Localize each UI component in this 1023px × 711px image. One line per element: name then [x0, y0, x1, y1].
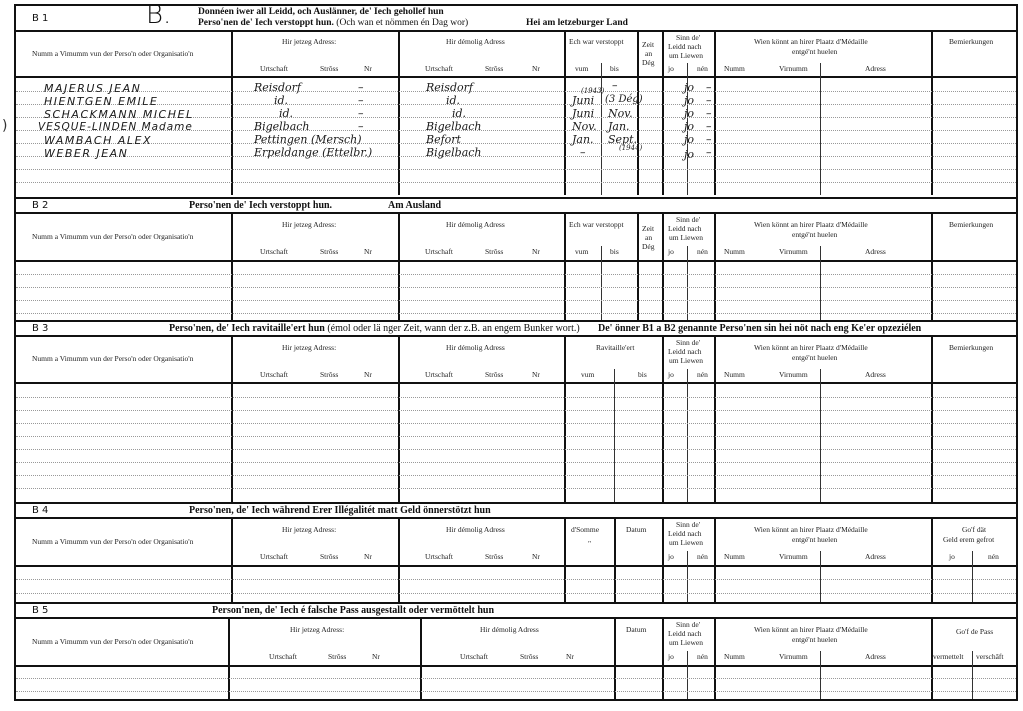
table-body [14, 567, 1018, 602]
header-stross: Strôss [320, 247, 338, 256]
header-jo: jo [668, 370, 674, 379]
entry-current-town: Reisdorf [254, 81, 301, 94]
header-vum: vum [575, 247, 588, 256]
header-jo: jo [668, 247, 674, 256]
header-current-address: Hir jetzeg Adress: [282, 37, 336, 46]
header-medal: entgé'nt huelen [792, 47, 837, 56]
header-alive: um Liewen [669, 51, 703, 60]
header-medal: Wien könnt an hirer Plaatz d'Médaille [754, 625, 868, 634]
entry-former-town: id. [446, 94, 460, 107]
entry-former-town: Befort [426, 133, 461, 146]
section-title: Perso'nen, de' Iech ravitaille'ert hun (… [169, 323, 580, 334]
header-medal: Wien könnt an hirer Plaatz d'Médaille [754, 37, 868, 46]
section-b5: B 5 Person'nen, de' Iech é falsche Pass … [14, 602, 1018, 701]
section-b1: B 1 B. Donnéen iwer all Leidd, och Auslä… [14, 4, 1018, 195]
header-numm: Numm [724, 552, 745, 561]
header-hidden: Ech war verstoppt [569, 37, 624, 46]
header-former-address: Hir démolig Adress [446, 37, 505, 46]
header-bis: bis [638, 370, 647, 379]
header-jo: jo [668, 552, 674, 561]
entry-jo: jo [684, 148, 694, 161]
entry-nen: – [706, 133, 712, 146]
entry-top-dash: – [612, 79, 618, 92]
header-jo: jo [949, 552, 955, 561]
header-nen: nén [697, 552, 708, 561]
entry-to: Nov. [608, 107, 633, 120]
entry-nen: – [706, 81, 712, 94]
header-numm: Numm [724, 370, 745, 379]
header-stross: Strôss [520, 652, 538, 661]
header-jo: jo [668, 64, 674, 73]
header-bis: bis [610, 247, 619, 256]
entry-current-town: Bigelbach [254, 120, 310, 133]
header-nr: Nr [364, 64, 372, 73]
header-urtschaft: Urtschaft [460, 652, 488, 661]
header-urtschaft: Urtschaft [260, 552, 288, 561]
section-id: B 2 [32, 200, 48, 211]
header-urtschaft: Urtschaft [269, 652, 297, 661]
table-header: Numm a Vimumm vun der Perso'n oder Organ… [14, 619, 1018, 667]
entry-former-town: id. [452, 107, 466, 120]
header-nr: Nr [364, 370, 372, 379]
entry-from: Jan. [572, 133, 594, 146]
section-title-line2: Perso'nen de' Iech verstoppt hun. (Och w… [198, 18, 468, 28]
header-urtschaft: Urtschaft [425, 370, 453, 379]
entry-current-street: – [358, 94, 364, 107]
header-alive: Leidd nach [668, 629, 702, 638]
header-current-address: Hir jetzeg Adress: [290, 625, 344, 634]
entry-nen: – [706, 120, 712, 133]
section-b4-title-bar: B 4 Perso'nen, de' Iech während Erer Ill… [14, 502, 1018, 519]
header-alive: Sinn de' [676, 520, 700, 529]
header-name: Numm a Vimumm vun der Perso'n oder Organ… [32, 537, 193, 546]
header-bis: bis [610, 64, 619, 73]
entry-nen: – [706, 107, 712, 120]
entry-jo: jo [684, 107, 694, 120]
header-nr: Nr [532, 552, 540, 561]
form-letter: B. [146, 0, 171, 30]
header-stross: Strôss [485, 552, 503, 561]
header-numm: Numm [724, 247, 745, 256]
header-virnumm: Virnumm [779, 652, 808, 661]
section-title: Person'nen, de' Iech é falsche Pass ausg… [212, 605, 494, 616]
header-adress: Adress [865, 652, 886, 661]
header-zeit-deg: Dég [642, 58, 655, 67]
section-b3-title-bar: B 3 Perso'nen, de' Iech ravitaille'ert h… [14, 320, 1018, 337]
entry-from: Juni [572, 94, 594, 107]
table-header: Numm a Vimumm vun der Perso'n oder Organ… [14, 519, 1018, 567]
section-title: Perso'nen de' Iech verstoppt hun. [189, 200, 332, 211]
header-vum: vum [575, 64, 588, 73]
header-numm: Numm [724, 64, 745, 73]
header-remarks: Bemierkungen [949, 343, 993, 352]
header-name: Numm a Vimumm vun der Perso'n oder Organ… [32, 232, 193, 241]
header-virnumm: Virnumm [779, 64, 808, 73]
header-zeit-deg: Dég [642, 242, 655, 251]
table-body [14, 384, 1018, 502]
header-nr: Nr [566, 652, 574, 661]
header-adress: Adress [865, 552, 886, 561]
section-b2-title-bar: B 2 Perso'nen de' Iech verstoppt hun. Am… [14, 197, 1018, 214]
section-title-right: Hei am letzeburger Land [526, 18, 628, 28]
section-b4: B 4 Perso'nen, de' Iech während Erer Ill… [14, 502, 1018, 602]
header-somme: d'Somme [571, 525, 599, 534]
margin-mark: ) [2, 118, 7, 134]
header-somme-mark: " [588, 539, 591, 548]
entry-to: (3 Dég) [605, 94, 643, 105]
header-stross: Strôss [320, 552, 338, 561]
header-alive: Sinn de' [676, 215, 700, 224]
entry-current-town: id. [274, 94, 288, 107]
table-body [14, 667, 1018, 699]
header-name: Numm a Vimumm vun der Perso'n oder Organ… [32, 637, 193, 646]
entry-current-town: Pettingen (Mersch) [254, 133, 362, 146]
header-virnumm: Virnumm [779, 247, 808, 256]
table-header: Numm a Vimumm vun der Perso'n oder Organ… [14, 32, 1018, 78]
header-alive: um Liewen [669, 538, 703, 547]
entry-former-town: Bigelbach [426, 146, 482, 159]
entry-jo: jo [684, 94, 694, 107]
header-urtschaft: Urtschaft [425, 64, 453, 73]
header-alive: Leidd nach [668, 224, 702, 233]
section-id: B 5 [32, 605, 48, 616]
header-alive: Leidd nach [668, 529, 702, 538]
header-alive: um Liewen [669, 233, 703, 242]
header-stross: Strôss [485, 64, 503, 73]
header-medal: entgé'nt huelen [792, 535, 837, 544]
header-nr: Nr [532, 247, 540, 256]
section-b1-title-bar: B 1 B. Donnéen iwer all Leidd, och Auslä… [14, 4, 1018, 32]
header-datum: Datum [626, 525, 646, 534]
header-alive: um Liewen [669, 638, 703, 647]
header-jo: jo [668, 652, 674, 661]
header-stross: Strôss [328, 652, 346, 661]
header-former-address: Hir démolig Adress [446, 525, 505, 534]
header-urtschaft: Urtschaft [425, 552, 453, 561]
header-former-address: Hir démolig Adress [446, 220, 505, 229]
header-adress: Adress [865, 370, 886, 379]
header-urtschaft: Urtschaft [260, 247, 288, 256]
entry-former-town: Bigelbach [426, 120, 482, 133]
header-medal: Wien könnt an hirer Plaatz d'Médaille [754, 525, 868, 534]
header-name: Numm a Vimumm vun der Perso'n oder Organ… [32, 354, 193, 363]
header-current-address: Hir jetzeg Adress: [282, 525, 336, 534]
header-name: Numm a Vimumm vun der Perso'n oder Organ… [32, 49, 193, 58]
header-stross: Strôss [320, 64, 338, 73]
entry-name: SCHACKMANN MICHEL [44, 108, 194, 121]
header-medal: entgé'nt huelen [792, 353, 837, 362]
header-urtschaft: Urtschaft [260, 64, 288, 73]
header-gift: Go'f dät [962, 525, 986, 534]
entry-from: Juni [572, 107, 594, 120]
header-alive: Sinn de' [676, 33, 700, 42]
header-zeit: Zeit [642, 40, 654, 49]
header-verschaft: verschâft [976, 652, 1003, 661]
header-vum: vum [581, 370, 594, 379]
header-nr: Nr [364, 247, 372, 256]
section-title: Perso'nen, de' Iech während Erer Illégal… [189, 505, 491, 516]
header-zeit: Zeit [642, 224, 654, 233]
table-header: Numm a Vimumm vun der Perso'n oder Organ… [14, 214, 1018, 262]
header-hidden: Ech war verstoppt [569, 220, 624, 229]
section-title-line1: Donnéen iwer all Leidd, och Auslänner, d… [198, 7, 444, 17]
header-medal: Wien könnt an hirer Plaatz d'Médaille [754, 343, 868, 352]
section-id: B 3 [32, 323, 48, 334]
table-body [14, 262, 1018, 320]
entry-jo: jo [684, 133, 694, 146]
entry-former-town: Reisdorf [426, 81, 473, 94]
entry-name: HIENTGEN EMILE [44, 95, 158, 108]
header-remarks: Bemierkungen [949, 37, 993, 46]
header-gift: Geld erem gefrot [943, 535, 994, 544]
entry-to: Jan. [608, 120, 630, 133]
entry-nen: – [706, 94, 712, 107]
header-current-address: Hir jetzeg Adress: [282, 220, 336, 229]
header-datum: Datum [626, 625, 646, 634]
section-b3: B 3 Perso'nen, de' Iech ravitaille'ert h… [14, 320, 1018, 502]
header-medal: entgé'nt huelen [792, 635, 837, 644]
header-nen: nén [697, 64, 708, 73]
header-alive: Sinn de' [676, 620, 700, 629]
entry-current-town: id. [279, 107, 293, 120]
entry-name: WAMBACH ALEX [44, 134, 152, 147]
table-body: MAJERUS JEAN Reisdorf – Reisdorf – jo – … [14, 78, 1018, 195]
table-header: Numm a Vimumm vun der Perso'n oder Organ… [14, 337, 1018, 384]
section-id: B 1 [32, 13, 48, 24]
header-nen: nén [697, 370, 708, 379]
header-urtschaft: Urtschaft [425, 247, 453, 256]
entry-name: WEBER JEAN [44, 147, 128, 160]
header-nr: Nr [372, 652, 380, 661]
entry-from: – [580, 146, 586, 159]
header-remarks: Bemierkungen [949, 220, 993, 229]
header-adress: Adress [865, 247, 886, 256]
section-b2: B 2 Perso'nen de' Iech verstoppt hun. Am… [14, 197, 1018, 320]
header-medal: Wien könnt an hirer Plaatz d'Médaille [754, 220, 868, 229]
section-title-right: De' önner B1 a B2 genannte Perso'nen sin… [598, 323, 921, 334]
header-alive: Leidd nach [668, 347, 702, 356]
header-numm: Numm [724, 652, 745, 661]
header-former-address: Hir démolig Adress [446, 343, 505, 352]
header-virnumm: Virnumm [779, 552, 808, 561]
header-zeit-an: an [645, 233, 652, 242]
entry-from: Nov. [572, 120, 597, 133]
header-alive: um Liewen [669, 356, 703, 365]
header-zeit-an: an [645, 49, 652, 58]
header-former-address: Hir démolig Adress [480, 625, 539, 634]
header-pass: Go'f de Pass [956, 627, 993, 636]
section-b5-title-bar: B 5 Person'nen, de' Iech é falsche Pass … [14, 602, 1018, 619]
entry-current-street: – [358, 120, 364, 133]
header-nen: nén [697, 652, 708, 661]
header-stross: Strôss [320, 370, 338, 379]
entry-current-street: – [358, 81, 364, 94]
header-nen: nén [988, 552, 999, 561]
entry-current-town: Erpeldange (Ettelbr.) [254, 146, 372, 159]
header-nr: Nr [532, 64, 540, 73]
entry-current-street: – [358, 107, 364, 120]
header-adress: Adress [865, 64, 886, 73]
entry-name: VESQUE-LINDEN Madame [38, 121, 193, 133]
header-current-address: Hir jetzeg Adress: [282, 343, 336, 352]
header-ravitailleert: Ravitaille'ert [596, 343, 634, 352]
header-urtschaft: Urtschaft [260, 370, 288, 379]
header-virnumm: Virnumm [779, 370, 808, 379]
header-nr: Nr [364, 552, 372, 561]
header-nen: nén [697, 247, 708, 256]
header-vermettelt: vermettelt [933, 652, 963, 661]
header-nr: Nr [532, 370, 540, 379]
entry-nen: – [706, 146, 712, 159]
section-id: B 4 [32, 505, 48, 516]
header-alive: Sinn de' [676, 338, 700, 347]
header-stross: Strôss [485, 370, 503, 379]
entry-to-year: (1944) [619, 144, 642, 152]
section-title-right: Am Ausland [388, 200, 441, 211]
entry-name: MAJERUS JEAN [44, 82, 141, 95]
header-alive: Leidd nach [668, 42, 702, 51]
entry-jo: jo [684, 81, 694, 94]
header-medal: entgé'nt huelen [792, 230, 837, 239]
header-stross: Strôss [485, 247, 503, 256]
entry-jo: jo [684, 120, 694, 133]
